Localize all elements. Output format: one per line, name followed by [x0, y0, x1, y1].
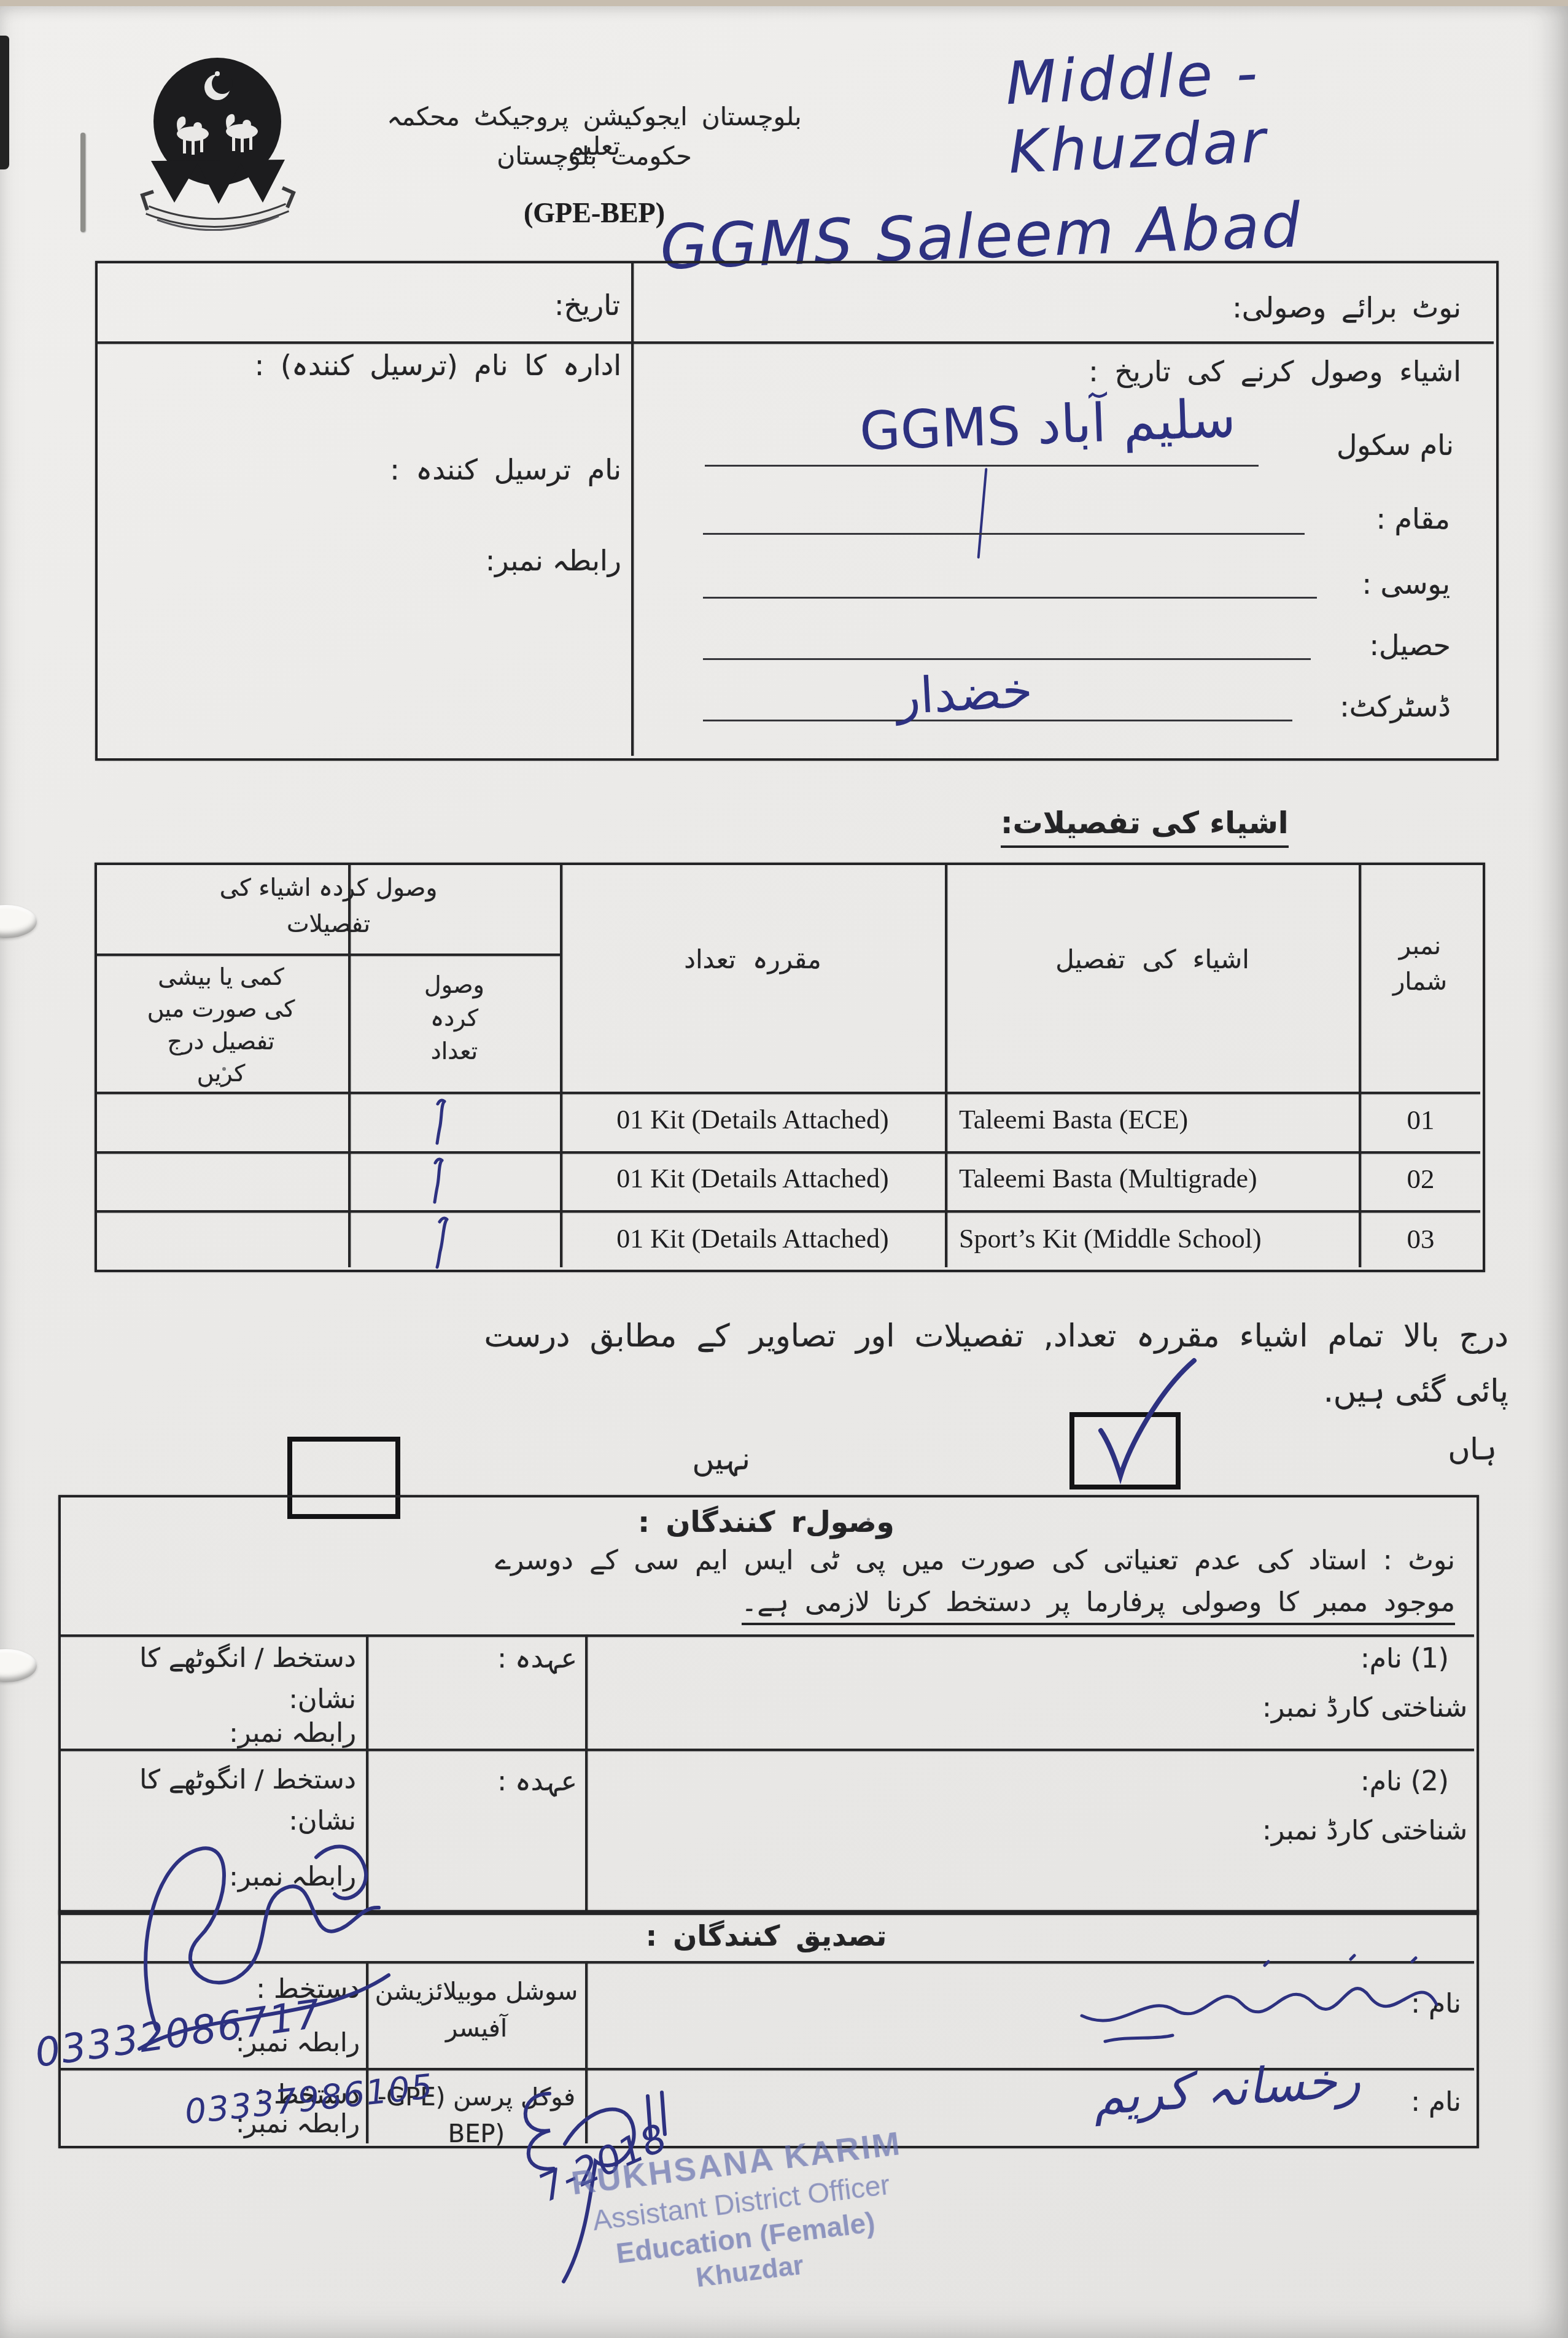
field-location-label: مقام : [1315, 502, 1450, 535]
items-row-line-2 [97, 1210, 1480, 1213]
header-line2: حکومت بلوچستان [366, 141, 823, 171]
confirmation-line1: درج بالا تمام اشیاء مقررہ تعداد, تفصیلات… [58, 1318, 1508, 1354]
handwritten-tick-row1 [429, 1098, 453, 1146]
receiver1-signature-label: دستخط / انگوٹھے کا نشان: [92, 1638, 356, 1720]
items-group-split [97, 953, 560, 956]
items-header-bottom [97, 1092, 1480, 1094]
scanned-form-page: بلوچستان ایجوکیشن پروجیکٹ محکمہ تعلیم حک… [0, 0, 1568, 2338]
receiver2-designation-label: عہدہ : [430, 1766, 577, 1797]
field-sender-name-label: نام ترسیل کنندہ : [233, 453, 621, 486]
items-col-line-3 [945, 865, 947, 1267]
balochistan-government-logo [139, 55, 297, 246]
item-row-sr: 01 [1360, 1104, 1481, 1136]
item-row-detail: Taleemi Basta (ECE) [959, 1104, 1355, 1135]
item-row-sr: 03 [1360, 1223, 1481, 1255]
col-header-sr-no: نمبر شمار [1364, 928, 1476, 1000]
punch-hole-top [0, 905, 37, 938]
info-table-divider [631, 263, 634, 756]
verifier1-designation: سوشل موبیلائزیشن آفیسر [371, 1973, 582, 2047]
no-label: نہیں [640, 1442, 750, 1477]
items-col-line-4 [1359, 865, 1361, 1267]
field-items-receive-date: اشیاء وصول کرنے کی تاریخ : [878, 355, 1461, 388]
handwritten-tick-row3 [430, 1216, 454, 1270]
school-name-line [705, 465, 1259, 467]
receivers-note-line2: موجود ممبر کا وصولی پرفارما پر دستخط کرن… [111, 1586, 1455, 1625]
uc-line [703, 597, 1317, 599]
scanner-top-edge [0, 0, 1568, 6]
items-col-line-2 [560, 865, 562, 1267]
item-row-detail: Sport’s Kit (Middle School) [959, 1223, 1355, 1254]
col-header-fixed-qty: مقررہ تعداد [565, 944, 941, 974]
left-edge-mark [0, 36, 9, 169]
receiver2-id-label: شناختی کارڈ نمبر: [1179, 1815, 1467, 1846]
field-org-name-label: ادارہ کا نام (ترسیل کنندہ) : [147, 344, 621, 387]
items-heading-text: اشیاء کی تفصیلات: [1001, 806, 1289, 848]
receivers-row-divider [61, 1749, 1474, 1751]
item-row-qty: 01 Kit (Details Attached) [564, 1163, 942, 1194]
col-header-shortage: کمی یا بیشی کی صورت میں تفصیل درج کریں [101, 961, 341, 1090]
item-row-qty: 01 Kit (Details Attached) [564, 1223, 942, 1254]
field-contact-label: رابطہ نمبر: [307, 544, 621, 577]
info-table [95, 261, 1499, 761]
handwritten-region-annotation: Middle - Khuzdar [1004, 27, 1526, 187]
receivers-note-line2-text: موجود ممبر کا وصولی پرفارما پر دستخط کرن… [742, 1586, 1455, 1625]
field-district-label: ڈسٹرکٹ: [1306, 690, 1451, 723]
tehsil-line [703, 658, 1311, 660]
handwritten-tick-row2 [426, 1157, 451, 1205]
col-header-item-detail: اشیاء کی تفصیل [950, 944, 1354, 974]
items-section-heading: اشیاء کی تفصیلات: [1001, 806, 1492, 848]
col-header-received-group: وصول کردہ اشیاء کی تفصیلات [104, 871, 553, 942]
receiver1-contact-label: رابطہ نمبر: [123, 1718, 356, 1749]
field-note-for-receipt: نوٹ برائے وصولی: [1093, 291, 1461, 324]
item-row-qty: 01 Kit (Details Attached) [564, 1104, 942, 1135]
field-date-label: تاریخ: [375, 289, 620, 322]
item-row-detail: Taleemi Basta (Multigrade) [959, 1163, 1355, 1194]
receivers-title: وصولr کنندگان : [58, 1505, 1474, 1539]
receivers-note-bottom [61, 1634, 1474, 1637]
items-row-line-1 [97, 1151, 1480, 1154]
confirmation-line2: پائی گئی ہیں. [58, 1373, 1508, 1410]
field-uc-label: یوسی : [1346, 567, 1450, 600]
location-line [703, 533, 1305, 535]
item-row-sr: 02 [1360, 1163, 1481, 1195]
receivers-note-line1: نوٹ : استاد کی عدم تعنیاتی کی صورت میں پ… [111, 1545, 1455, 1576]
handwritten-check-mark [1077, 1356, 1225, 1497]
receiver1-designation-label: عہدہ : [430, 1643, 577, 1674]
staple-mark [80, 133, 85, 232]
receiver1-id-label: شناختی کارڈ نمبر: [1179, 1692, 1467, 1723]
receivers-col-line-2 [585, 1634, 588, 1910]
col-header-received-qty: وصول کردہ تعداد [356, 969, 553, 1068]
field-tehsil-label: حصیل: [1331, 629, 1451, 662]
yes-label: ہاں [1399, 1432, 1497, 1467]
receiver2-name-label: (2) نام: [1216, 1766, 1449, 1797]
verifier1-handwritten-name [1044, 1937, 1449, 2060]
receiver1-name-label: (1) نام: [1216, 1643, 1449, 1674]
punch-hole-bottom [0, 1649, 37, 1682]
